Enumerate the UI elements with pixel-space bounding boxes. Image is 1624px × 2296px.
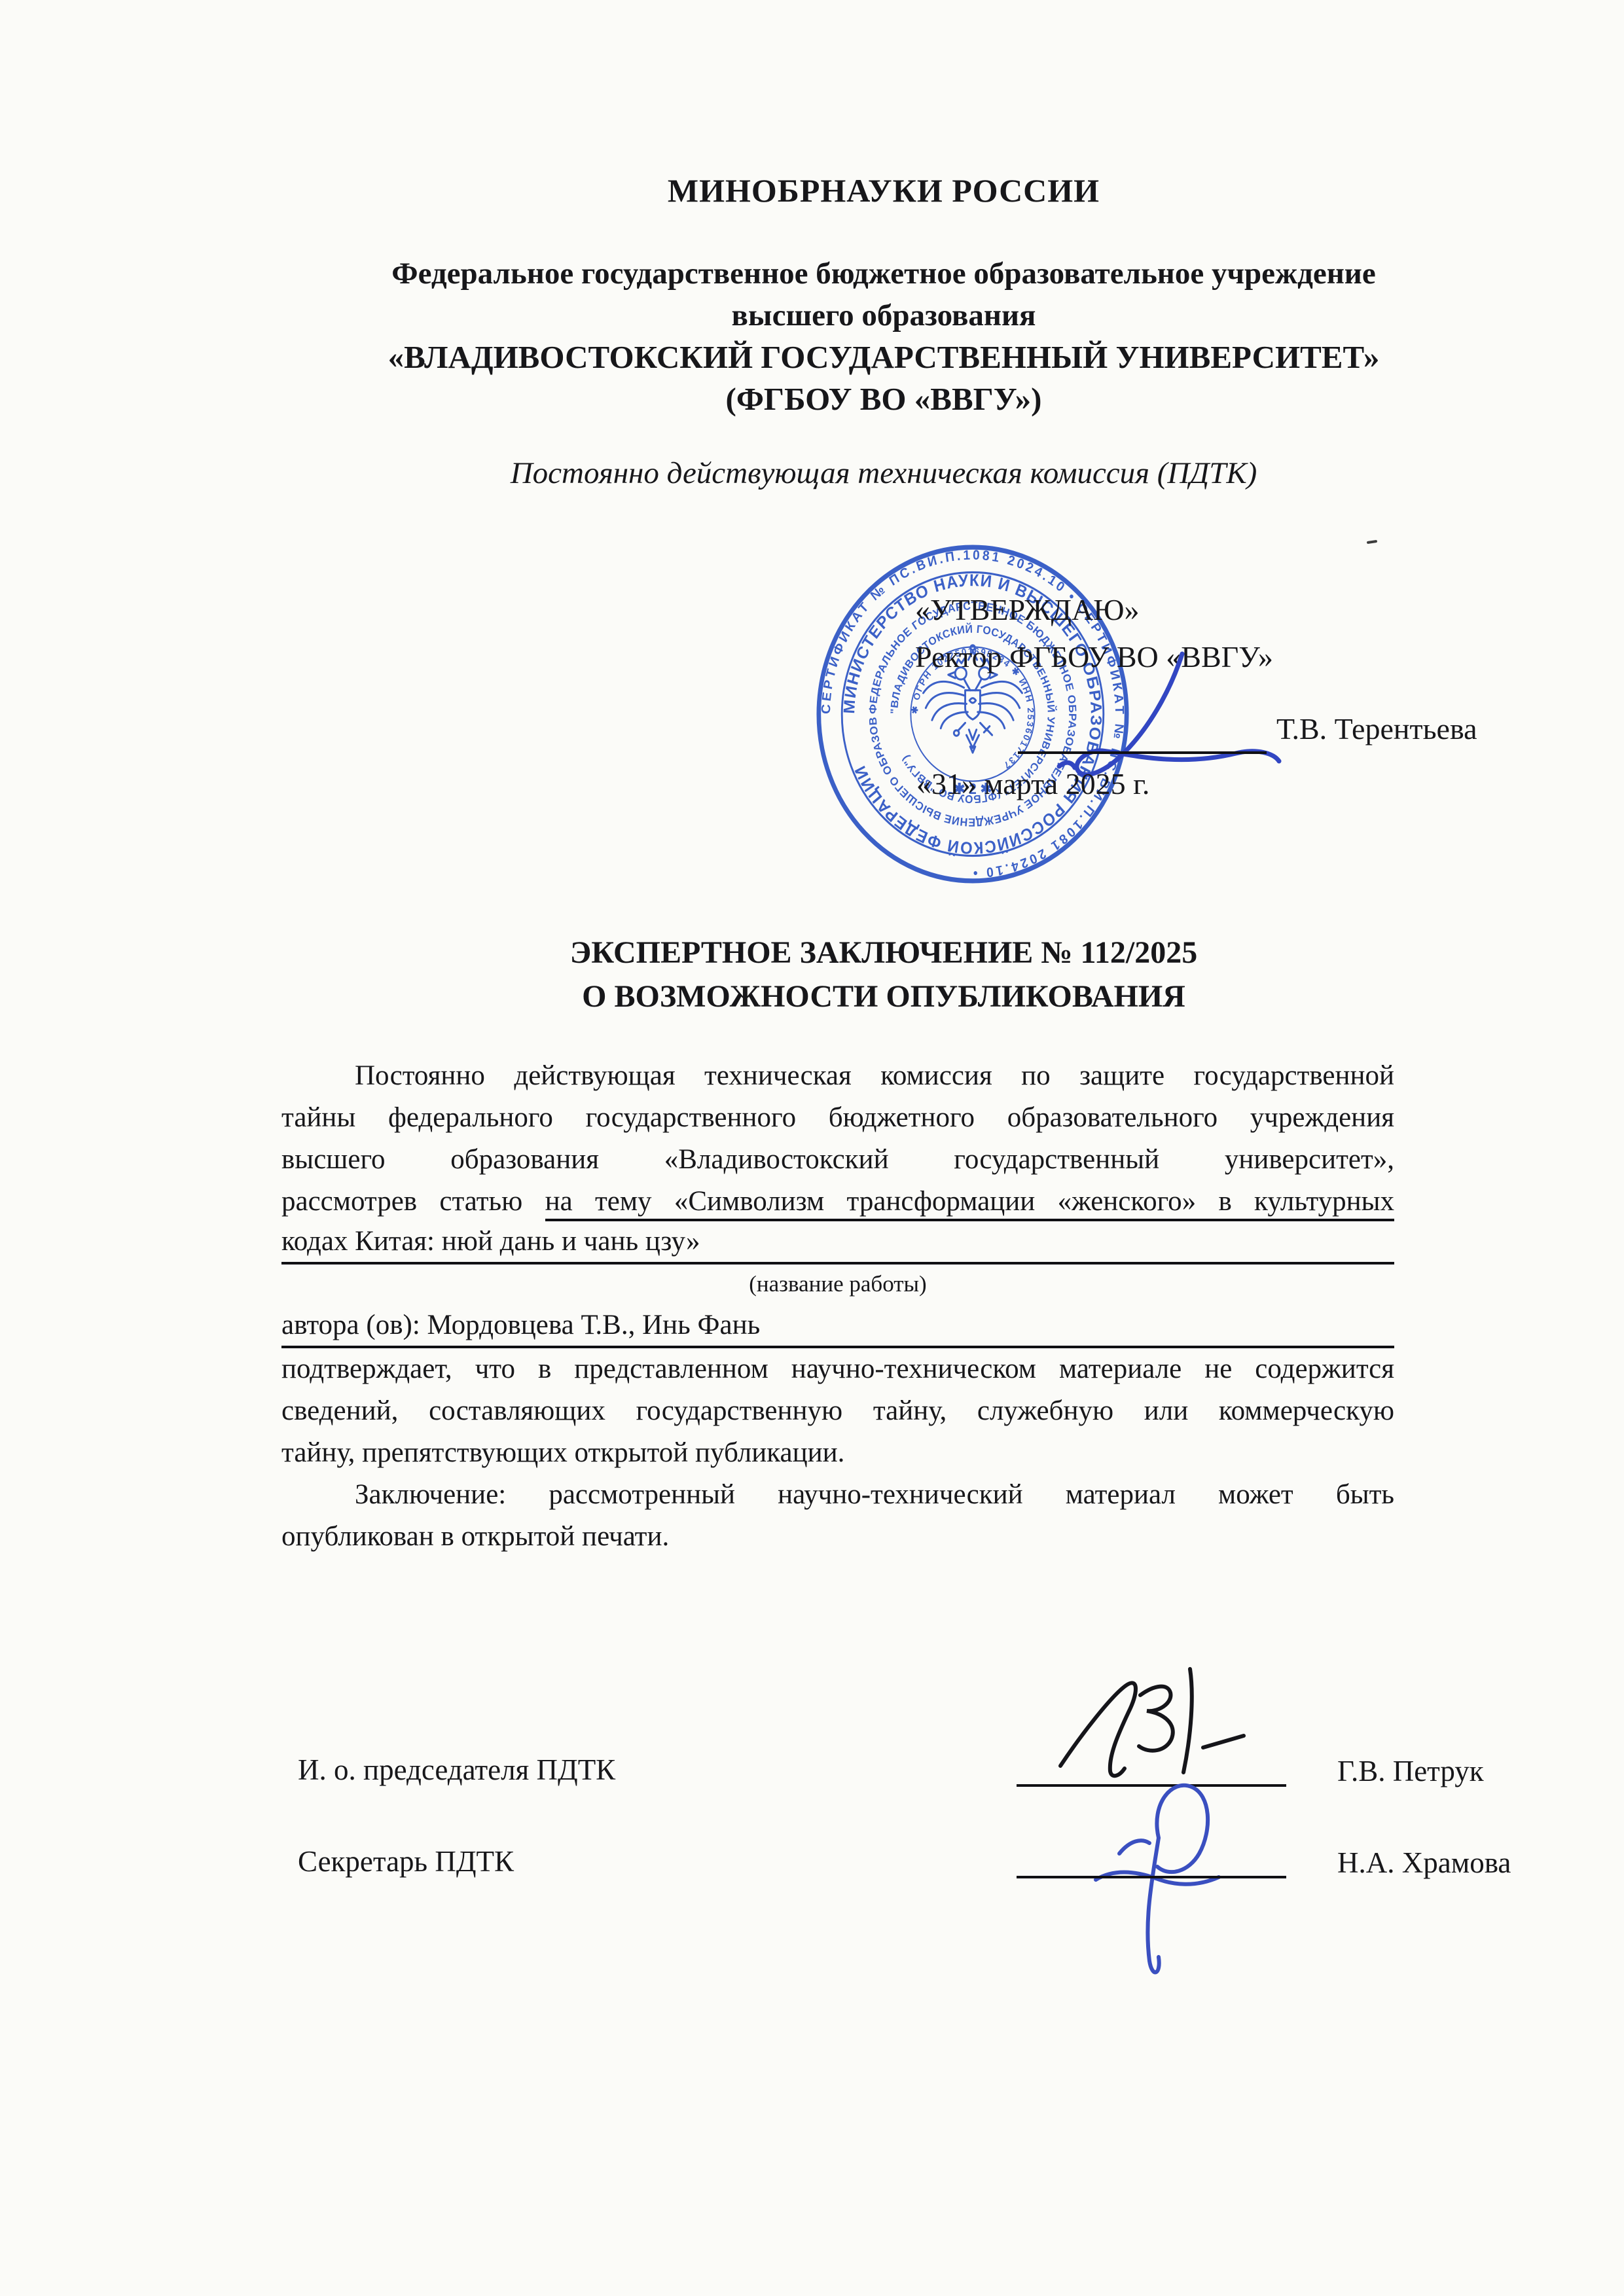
body-line: высшего образования «Владивостокский гос…: [281, 1139, 1394, 1181]
secretary-signature: [1074, 1775, 1244, 1984]
document-title: ЭКСПЕРТНОЕ ЗАКЛЮЧЕНИЕ № 112/2025 О ВОЗМО…: [275, 931, 1492, 1018]
authors-underlined: автора (ов): Мордовцева Т.В., Инь Фань: [281, 1308, 760, 1348]
chair-name: Г.В. Петрук: [1337, 1754, 1484, 1788]
rector-signature-line: [1018, 751, 1267, 754]
approval-block: «УТВЕРЖДАЮ» Ректор ФГБОУ ВО «ВВГУ» Т.В. …: [915, 591, 1543, 676]
chair-signature: [1042, 1656, 1258, 1787]
article-topic-underlined: на тему «Символизм трансформации «женско…: [545, 1186, 1394, 1221]
work-title-caption: (название работы): [281, 1265, 1394, 1306]
conclusion-line: Заключение: рассмотренный научно-техниче…: [281, 1474, 1394, 1516]
secretary-role-label: Секретарь ПДТК: [298, 1844, 514, 1878]
scan-artifact-speck: [1367, 540, 1377, 544]
body-line-topic-end: кодах Китая: нюй дань и чань цзу»: [281, 1223, 1394, 1265]
chair-role-label: И. о. председателя ПДТК: [298, 1753, 615, 1787]
body-line: тайну, препятствующих открытой публикаци…: [281, 1432, 1394, 1474]
body-text: рассмотрев статью: [281, 1186, 545, 1217]
conclusion-line: опубликован в открытой печати.: [281, 1516, 1394, 1558]
article-topic-underlined: кодах Китая: нюй дань и чань цзу»: [281, 1224, 700, 1265]
body-line: тайны федерального государственного бюдж…: [281, 1097, 1394, 1139]
approve-label: «УТВЕРЖДАЮ»: [915, 591, 1543, 629]
org-name-line2: высшего образования: [275, 295, 1492, 336]
scanned-document-page: МИНОБРНАУКИ РОССИИ Федеральное государст…: [0, 0, 1624, 2296]
secretary-name: Н.А. Храмова: [1337, 1846, 1511, 1880]
org-name-line4: (ФГБОУ ВО «ВВГУ»): [275, 378, 1492, 420]
body-line: Постоянно действующая техническая комисс…: [281, 1055, 1394, 1097]
commission-subtitle: Постоянно действующая техническая комисс…: [275, 456, 1492, 491]
secretary-signature-line: [1017, 1876, 1286, 1878]
org-name-line1: Федеральное государственное бюджетное об…: [275, 253, 1492, 295]
document-header: МИНОБРНАУКИ РОССИИ Федеральное государст…: [275, 171, 1492, 491]
body-line-with-topic: рассмотрев статью на тему «Символизм тра…: [281, 1181, 1394, 1223]
body-line: подтверждает, что в представленном научн…: [281, 1348, 1394, 1390]
authors-line: автора (ов): Мордовцева Т.В., Инь Фань: [281, 1306, 1394, 1348]
title-line2: О ВОЗМОЖНОСТИ ОПУБЛИКОВАНИЯ: [275, 975, 1492, 1018]
body-line: сведений, составляющих государственную т…: [281, 1390, 1394, 1432]
document-body: Постоянно действующая техническая комисс…: [281, 1055, 1394, 1558]
rector-name: Т.В. Терентьева: [1276, 710, 1477, 748]
approval-date: «31» марта 2025 г.: [916, 765, 1149, 803]
ministry-title: МИНОБРНАУКИ РОССИИ: [275, 171, 1492, 209]
org-name-line3: «ВЛАДИВОСТОКСКИЙ ГОСУДАРСТВЕННЫЙ УНИВЕРС…: [275, 336, 1492, 378]
title-line1: ЭКСПЕРТНОЕ ЗАКЛЮЧЕНИЕ № 112/2025: [275, 931, 1492, 975]
